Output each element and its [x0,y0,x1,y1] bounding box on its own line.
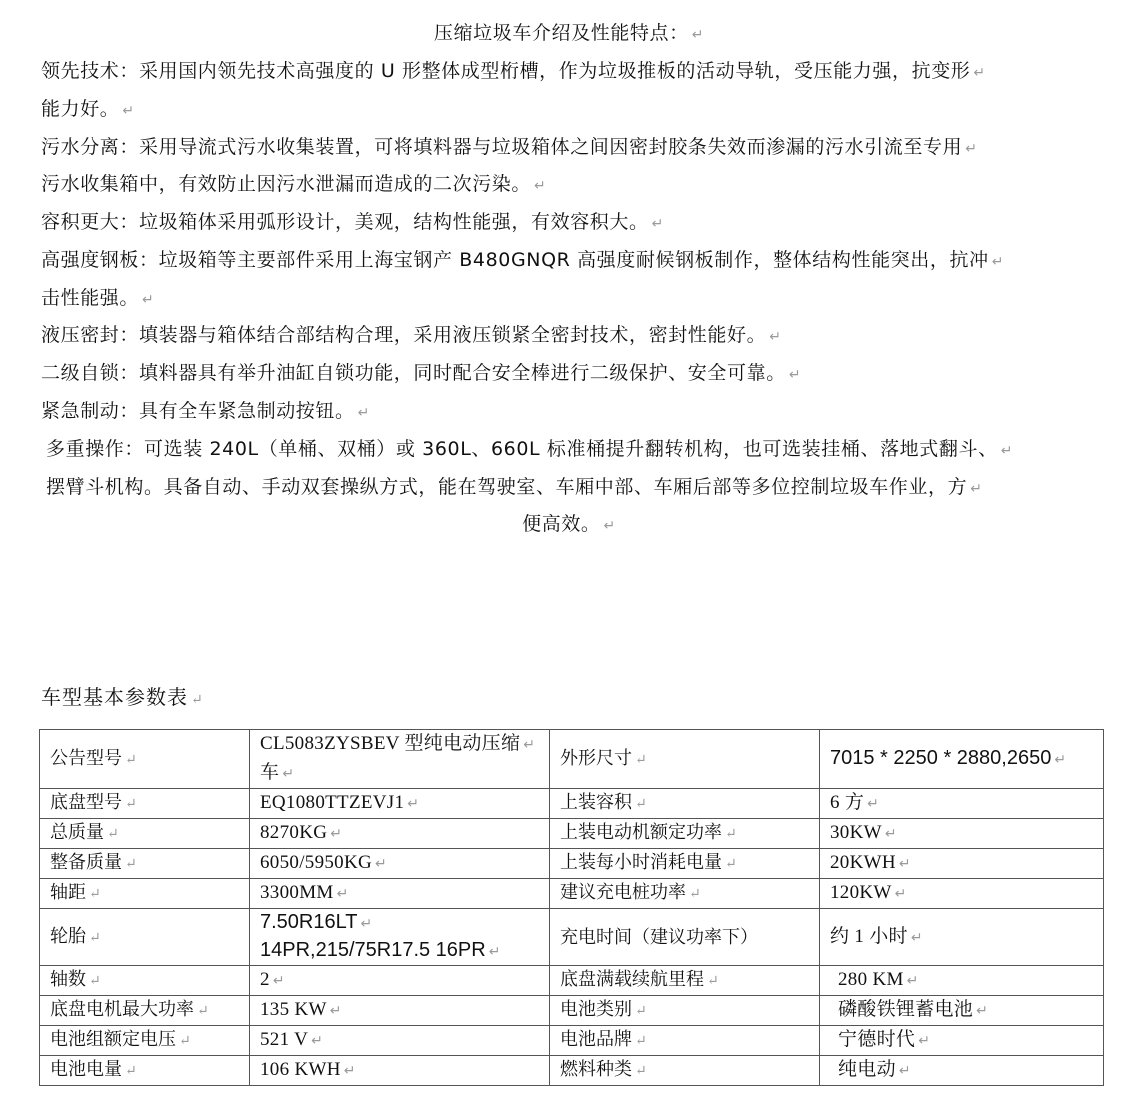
paragraph-mark-icon: ↵ [142,292,154,308]
spec-value: 宁德时代↵ [820,1026,1104,1056]
cell-text: 上装容积 [560,792,632,813]
cell-text: 521 V [260,1029,308,1050]
spec-value: 135 KW↵ [250,996,550,1026]
paragraph-multi-op-line3: 便高效。↵ [0,505,1138,545]
cell-text: 上装每小时消耗电量 [560,852,722,873]
cell-text: 30KW [830,822,882,843]
paragraph-mark-icon: ↵ [125,752,137,768]
text-line: 多重操作：可选装 240L（单桶、双桶）或 360L、660L 标准桶提升翻转机… [46,438,998,460]
cell-text: 上装电动机额定功率 [560,822,722,843]
cell-text: 底盘满载续航里程 [560,969,704,990]
spec-key: 外形尺寸↵ [550,730,820,789]
cell-text: 轴数 [50,969,86,990]
paragraph-mark-icon: ↵ [895,887,907,902]
paragraph-mark-icon: ↵ [330,827,342,842]
paragraph-mark-icon: ↵ [899,1064,911,1079]
paragraph-mark-icon: ↵ [899,857,911,872]
paragraph-capacity: 容积更大：垃圾箱体采用弧形设计，美观，结构性能强，有效容积大。↵ [41,203,664,243]
spec-value: 6 方↵ [820,789,1104,819]
paragraph-mark-icon: ↵ [89,930,101,946]
paragraph-leading-tech-line2: 能力好。↵ [41,90,135,130]
spec-key: 建议充电桩功率↵ [550,879,820,909]
cell-text: 车 [260,762,279,783]
paragraph-mark-icon: ↵ [89,973,101,989]
spec-key: 电池组额定电压↵ [40,1026,250,1056]
text-line: 液压密封：填装器与箱体结合部结构合理，采用液压锁紧全密封技术，密封性能好。 [41,324,766,346]
paragraph-mark-icon: ↵ [282,767,294,782]
paragraph-mark-icon: ↵ [635,1033,647,1049]
paragraph-mark-icon: ↵ [1054,751,1066,767]
text-line: 紧急制动：具有全车紧急制动按钮。 [41,400,355,422]
spec-key: 上装每小时消耗电量↵ [550,849,820,879]
table-row: 整备质量↵ 6050/5950KG↵ 上装每小时消耗电量↵ 20KWH↵ [40,849,1104,879]
cell-text: 燃料种类 [560,1059,632,1080]
paragraph-mark-icon: ↵ [635,1063,647,1079]
cell-text: 底盘型号 [50,792,122,813]
text-line: 污水分离：采用导流式污水收集装置，可将填料器与垃圾箱体之间因密封胶条失效而渗漏的… [41,136,962,158]
paragraph-mark-icon: ↵ [407,797,419,812]
table-row: 轮胎↵ 7.50R16LT↵14PR,215/75R17.5 16PR↵ 充电时… [40,909,1104,966]
cell-text: 纯电动 [838,1059,896,1080]
paragraph-mark-icon: ↵ [635,1003,647,1019]
spec-value: CL5083ZYSBEV 型纯电动压缩↵车↵ [250,730,550,789]
paragraph-mark-icon: ↵ [125,796,137,812]
table-title-text: 车型基本参数表 [41,685,188,709]
spec-value: 20KWH↵ [820,849,1104,879]
cell-text: 电池组额定电压 [50,1029,176,1050]
spec-value: 120KW↵ [820,879,1104,909]
text-line: 领先技术：采用国内领先技术高强度的 U 形整体成型桁槽，作为垃圾推板的活动导轨，… [41,60,970,82]
paragraph-mark-icon: ↵ [725,856,737,872]
cell-text: 外形尺寸 [560,748,632,769]
paragraph-mark-icon: ↵ [89,886,101,902]
spec-value: 106 KWH↵ [250,1056,550,1086]
spec-key: 公告型号↵ [40,730,250,789]
paragraph-mark-icon: ↵ [273,974,285,989]
cell-text: 宁德时代 [838,1029,915,1050]
cell-text: 20KWH [830,852,896,873]
spec-key: 燃料种类↵ [550,1056,820,1086]
cell-text: 2 [260,969,270,990]
paragraph-mark-icon: ↵ [725,826,737,842]
intro-title: 压缩垃圾车介绍及性能特点：↵ [0,14,1138,54]
paragraph-mark-icon: ↵ [330,1004,342,1019]
spec-value: 7015 * 2250 * 2880,2650↵ [820,730,1104,789]
paragraph-mark-icon: ↵ [125,1063,137,1079]
text-line: 击性能强。 [41,287,139,309]
cell-text: 7.50R16LT [260,911,357,933]
table-row: 底盘电机最大功率↵ 135 KW↵ 电池类别↵ 磷酸铁锂蓄电池↵ [40,996,1104,1026]
table-row: 底盘型号↵ EQ1080TTZEVJ1↵ 上装容积↵ 6 方↵ [40,789,1104,819]
cell-text: 充电时间（建议功率下） [560,927,758,948]
paragraph-mark-icon: ↵ [1001,443,1013,459]
spec-value: 6050/5950KG↵ [250,849,550,879]
paragraph-leading-tech-line1: 领先技术：采用国内领先技术高强度的 U 形整体成型桁槽，作为垃圾推板的活动导轨，… [41,52,986,92]
cell-text: 公告型号 [50,748,122,769]
paragraph-mark-icon: ↵ [918,1034,930,1049]
cell-text: 8270KG [260,822,327,843]
spec-key: 轴距↵ [40,879,250,909]
spec-key: 整备质量↵ [40,849,250,879]
spec-value: 30KW↵ [820,819,1104,849]
text-line: 容积更大：垃圾箱体采用弧形设计，美观，结构性能强，有效容积大。 [41,211,649,233]
spec-value: 磷酸铁锂蓄电池↵ [820,996,1104,1026]
paragraph-mark-icon: ↵ [107,826,119,842]
paragraph-mark-icon: ↵ [973,65,985,81]
paragraph-steel-line1: 高强度钢板：垃圾箱等主要部件采用上海宝钢产 B480GNQR 高强度耐候钢板制作… [41,241,1004,281]
text-line: 摆臂斗机构。具备自动、手动双套操纵方式，能在驾驶室、车厢中部、车厢后部等多位控制… [46,476,967,498]
spec-key: 总质量↵ [40,819,250,849]
spec-value: 3300MM↵ [250,879,550,909]
cell-text: 6050/5950KG [260,852,372,873]
paragraph-mark-icon: ↵ [344,1064,356,1079]
spec-key: 电池电量↵ [40,1056,250,1086]
paragraph-mark-icon: ↵ [692,27,704,43]
paragraph-mark-icon: ↵ [652,216,664,232]
cell-text: 135 KW [260,999,327,1020]
spec-key: 电池类别↵ [550,996,820,1026]
table-title: 车型基本参数表↵ [41,681,204,710]
paragraph-mark-icon: ↵ [534,178,546,194]
spec-key: 底盘满载续航里程↵ [550,966,820,996]
paragraph-multi-op-line2: 摆臂斗机构。具备自动、手动双套操纵方式，能在驾驶室、车厢中部、车厢后部等多位控制… [46,468,983,508]
paragraph-mark-icon: ↵ [976,1004,988,1019]
cell-text: 轴距 [50,882,86,903]
paragraph-mark-icon: ↵ [992,254,1004,270]
spec-key: 上装电动机额定功率↵ [550,819,820,849]
table-row: 总质量↵ 8270KG↵ 上装电动机额定功率↵ 30KW↵ [40,819,1104,849]
paragraph-multi-op-line1: 多重操作：可选装 240L（单桶、双桶）或 360L、660L 标准桶提升翻转机… [46,430,1013,470]
spec-key: 轴数↵ [40,966,250,996]
cell-text: 7015 * 2250 * 2880,2650 [830,747,1051,769]
paragraph-mark-icon: ↵ [867,797,879,812]
spec-value: EQ1080TTZEVJ1↵ [250,789,550,819]
cell-text: EQ1080TTZEVJ1 [260,792,404,813]
spec-key: 底盘电机最大功率↵ [40,996,250,1026]
table-row: 公告型号↵ CL5083ZYSBEV 型纯电动压缩↵车↵ 外形尺寸↵ 7015 … [40,730,1104,789]
spec-key: 上装容积↵ [550,789,820,819]
spec-value: 纯电动↵ [820,1056,1104,1086]
paragraph-mark-icon: ↵ [523,738,535,753]
text-line: 便高效。 [522,513,600,535]
table-row: 轴距↵ 3300MM↵ 建议充电桩功率↵ 120KW↵ [40,879,1104,909]
text-line: 二级自锁：填料器具有举升油缸自锁功能，同时配合安全棒进行二级保护、安全可靠。 [41,362,786,384]
cell-text: 6 方 [830,792,864,813]
paragraph-mark-icon: ↵ [191,692,204,708]
paragraph-mark-icon: ↵ [337,887,349,902]
spec-key: 充电时间（建议功率下） [550,909,820,966]
paragraph-mark-icon: ↵ [907,974,919,989]
paragraph-mark-icon: ↵ [604,518,616,534]
spec-value: 280 KM↵ [820,966,1104,996]
cell-text: 106 KWH [260,1059,341,1080]
paragraph-mark-icon: ↵ [122,103,134,119]
paragraph-sewage-line1: 污水分离：采用导流式污水收集装置，可将填料器与垃圾箱体之间因密封胶条失效而渗漏的… [41,128,978,168]
paragraph-mark-icon: ↵ [358,405,370,421]
text-line: 能力好。 [41,98,119,120]
spec-table: 公告型号↵ CL5083ZYSBEV 型纯电动压缩↵车↵ 外形尺寸↵ 7015 … [39,729,1104,1086]
paragraph-self-lock: 二级自锁：填料器具有举升油缸自锁功能，同时配合安全棒进行二级保护、安全可靠。↵ [41,354,801,394]
text-line: 污水收集箱中，有效防止因污水泄漏而造成的二次污染。 [41,173,531,195]
paragraph-mark-icon: ↵ [965,141,977,157]
spec-key: 轮胎↵ [40,909,250,966]
paragraph-mark-icon: ↵ [635,752,647,768]
spec-value: 8270KG↵ [250,819,550,849]
cell-text: 轮胎 [50,926,86,947]
paragraph-mark-icon: ↵ [311,1034,323,1049]
paragraph-sewage-line2: 污水收集箱中，有效防止因污水泄漏而造成的二次污染。↵ [41,165,546,205]
paragraph-mark-icon: ↵ [885,827,897,842]
cell-text: 14PR,215/75R17.5 16PR [260,939,486,961]
cell-text: 电池品牌 [560,1029,632,1050]
cell-text: 电池类别 [560,999,632,1020]
spec-value: 约 1 小时↵ [820,909,1104,966]
paragraph-mark-icon: ↵ [911,931,923,946]
paragraph-mark-icon: ↵ [197,1003,209,1019]
paragraph-steel-line2: 击性能强。↵ [41,279,154,319]
spec-key: 电池品牌↵ [550,1026,820,1056]
spec-key: 底盘型号↵ [40,789,250,819]
spec-value: 7.50R16LT↵14PR,215/75R17.5 16PR↵ [250,909,550,966]
spec-value: 2↵ [250,966,550,996]
cell-text: 建议充电桩功率 [560,882,686,903]
table-row: 电池电量↵ 106 KWH↵ 燃料种类↵ 纯电动↵ [40,1056,1104,1086]
cell-text: 整备质量 [50,852,122,873]
cell-text: 280 KM [838,969,904,990]
cell-text: 约 1 小时 [830,926,908,947]
paragraph-mark-icon: ↵ [769,329,781,345]
paragraph-mark-icon: ↵ [970,481,982,497]
spec-value: 521 V↵ [250,1026,550,1056]
cell-text: CL5083ZYSBEV 型纯电动压缩 [260,733,520,754]
paragraph-mark-icon: ↵ [179,1033,191,1049]
text-line: 高强度钢板：垃圾箱等主要部件采用上海宝钢产 B480GNQR 高强度耐候钢板制作… [41,249,989,271]
cell-text: 底盘电机最大功率 [50,999,194,1020]
cell-text: 电池电量 [50,1059,122,1080]
paragraph-mark-icon: ↵ [635,796,647,812]
paragraph-emergency-brake: 紧急制动：具有全车紧急制动按钮。↵ [41,392,370,432]
cell-text: 3300MM [260,882,334,903]
paragraph-hydraulic-seal: 液压密封：填装器与箱体结合部结构合理，采用液压锁紧全密封技术，密封性能好。↵ [41,316,782,356]
table-row: 轴数↵ 2↵ 底盘满载续航里程↵ 280 KM↵ [40,966,1104,996]
paragraph-mark-icon: ↵ [125,856,137,872]
intro-title-text: 压缩垃圾车介绍及性能特点： [434,22,689,44]
cell-text: 总质量 [50,822,104,843]
cell-text: 120KW [830,882,892,903]
paragraph-mark-icon: ↵ [489,943,501,959]
table-row: 电池组额定电压↵ 521 V↵ 电池品牌↵ 宁德时代↵ [40,1026,1104,1056]
paragraph-mark-icon: ↵ [707,973,719,989]
paragraph-mark-icon: ↵ [789,367,801,383]
cell-text: 磷酸铁锂蓄电池 [838,999,973,1020]
paragraph-mark-icon: ↵ [360,915,372,931]
paragraph-mark-icon: ↵ [375,857,387,872]
paragraph-mark-icon: ↵ [689,886,701,902]
